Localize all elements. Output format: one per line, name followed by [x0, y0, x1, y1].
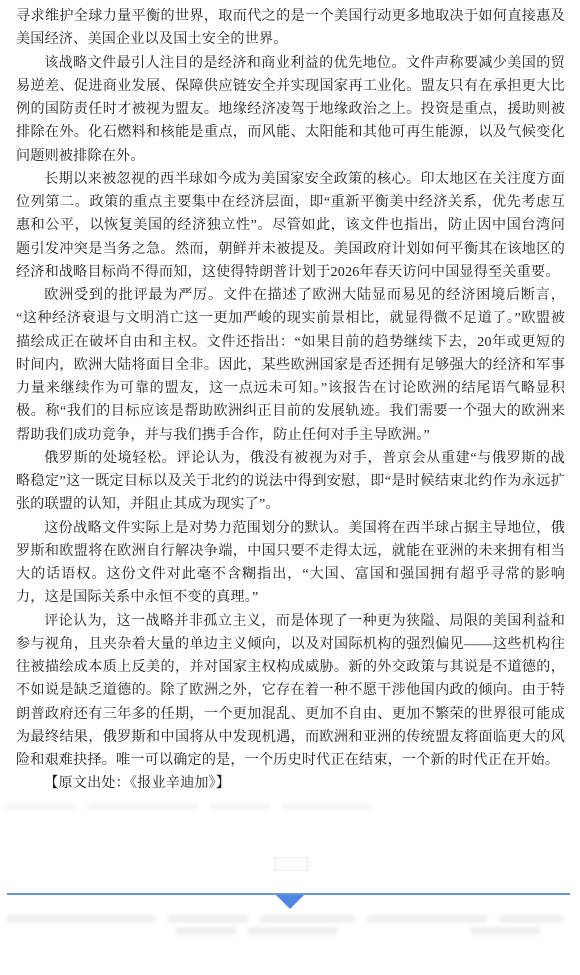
- ghost-text-segment: [499, 915, 564, 923]
- ghost-text-segment: [176, 927, 236, 935]
- paragraph-europe: 欧洲受到的批评最为严厉。文件在描述了欧洲大陆显而易见的经济困境后断言，“这种经济…: [16, 284, 565, 447]
- paragraph-russia: 俄罗斯的处境轻松。评论认为，俄没有被视为对手，普京会从重建“与俄罗斯的战略稳定”…: [16, 447, 565, 517]
- paragraph-hemisphere: 长期以来被忽视的西半球如今成为美国家安全政策的核心。印太地区在关注度方面位列第二…: [16, 168, 565, 284]
- paragraph-continuation: 寻求维护全球力量平衡的世界，取而代之的是一个美国行动更多地取决于如何直接惠及美国…: [16, 5, 565, 52]
- ghost-text-segment: [367, 915, 487, 923]
- next-page-ghost-text: [6, 915, 574, 939]
- document-page: 寻求维护全球力量平衡的世界，取而代之的是一个美国行动更多地取决于如何直接惠及美国…: [0, 0, 580, 975]
- page-number-box: [275, 857, 308, 871]
- ghost-text-segment: [168, 915, 248, 923]
- ghost-text-line: [6, 915, 574, 923]
- ghost-text-segment: [260, 915, 355, 923]
- ghost-text-segment: [210, 803, 270, 810]
- ghost-text-segment: [6, 915, 156, 923]
- ghost-text-segment: [88, 803, 198, 810]
- paragraph-spheres: 这份战略文件实际上是对势力范围划分的默认。美国将在西半球占据主导地位，俄罗斯和欧…: [16, 517, 565, 610]
- source-line: 【原文出处：《报业辛迪加》】: [16, 772, 565, 795]
- ghost-text-segment: [282, 803, 372, 810]
- ghost-text-line: [6, 927, 574, 935]
- paragraph-commentary: 评论认为，这一战略并非孤立主义，而是体现了一种更为狭隘、局限的美国利益和参与视角…: [16, 610, 565, 773]
- paragraph-priorities: 该战略文件最引人注目的是经济和商业利益的优先地位。文件声称要减少美国的贸易逆差、…: [16, 52, 565, 168]
- ghost-text-segment: [248, 927, 338, 935]
- ghost-text-segment: [470, 927, 540, 935]
- faded-bleedthrough-text: [6, 803, 574, 814]
- scroll-down-arrow-icon[interactable]: [276, 895, 304, 909]
- ghost-text-line: [6, 803, 574, 810]
- ghost-text-segment: [6, 803, 76, 810]
- article-text: 寻求维护全球力量平衡的世界，取而代之的是一个美国行动更多地取决于如何直接惠及美国…: [16, 5, 565, 796]
